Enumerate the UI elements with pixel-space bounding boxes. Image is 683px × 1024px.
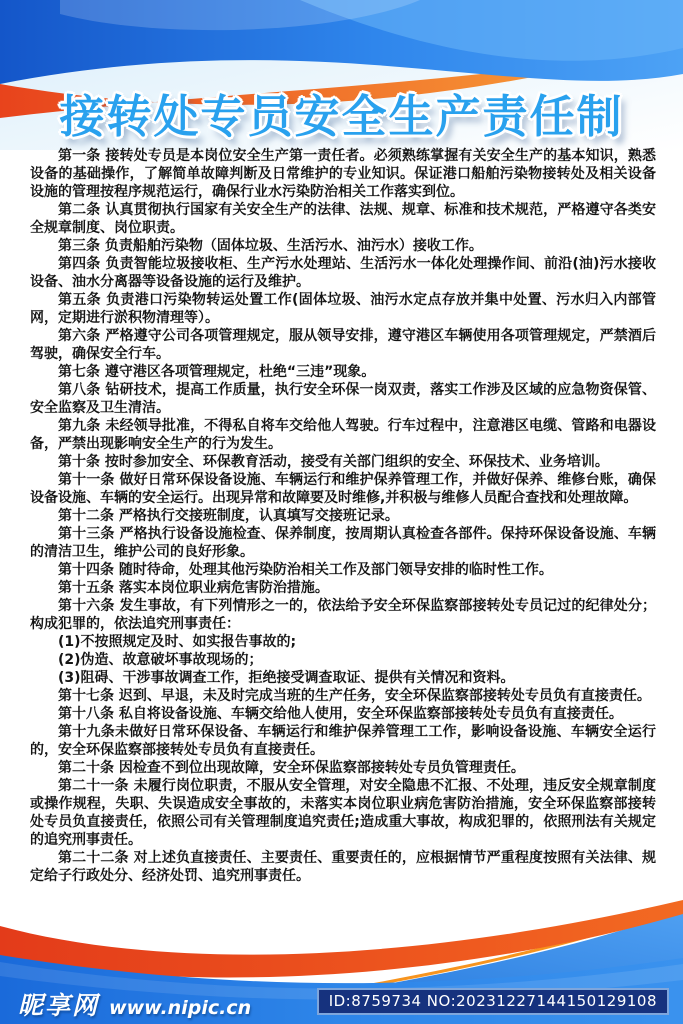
article-paragraph: 第五条 负责港口污染物转运处置工作(固体垃圾、油污水定点存放并集中处置、污水归入… xyxy=(30,291,656,327)
article-paragraph: 第二十一条 未履行岗位职责，不服从安全管理，对安全隐患不汇报、不处理，违反安全规… xyxy=(30,777,656,849)
article-paragraph: 第二十条 因检查不到位出现故障，安全环保监察部接转处专员负管理责任。 xyxy=(30,759,656,777)
article-subitem: (1)不按照规定及时、如实报告事故的; xyxy=(30,633,656,651)
article-paragraph: 第二条 认真贯彻执行国家有关安全生产的法律、法规、规章、标准和技术规范，严格遵守… xyxy=(30,201,656,237)
article-paragraph: 第十一条 做好日常环保设备设施、车辆运行和维护保养管理工作，并做好保养、维修台账… xyxy=(30,471,656,507)
image-id-badge: ID:8759734 NO:20231227144150129108 xyxy=(317,988,669,1015)
poster: 接转处专员安全生产责任制 第一条 接转处专员是本岗位安全生产第一责任者。必须熟练… xyxy=(0,0,683,1024)
article-paragraph: 第四条 负责智能垃圾接收柜、生产污水处理站、生活污水一体化处理操作间、前沿(油)… xyxy=(30,255,656,291)
article-paragraph: 第七条 遵守港区各项管理规定，杜绝“三违”现象。 xyxy=(30,363,656,381)
article-paragraph: 第六条 严格遵守公司各项管理规定，服从领导安排，遵守港区车辆使用各项管理规定，严… xyxy=(30,327,656,363)
poster-title: 接转处专员安全生产责任制 xyxy=(0,80,683,145)
article-paragraph: 第十五条 落实本岗位职业病危害防治措施。 xyxy=(30,579,656,597)
site-url: www.nipic.cn xyxy=(109,997,251,1019)
watermark-logo: 昵享网 www.nipic.cn xyxy=(18,986,251,1022)
article-paragraph: 第八条 钻研技术，提高工作质量，执行安全环保一岗双责，落实工作涉及区域的应急物资… xyxy=(30,381,656,417)
article-paragraph: 第九条 未经领导批准，不得私自将车交给他人驾驶。行车过程中，注意港区电缆、管路和… xyxy=(30,417,656,453)
article-subitem: (2)伪造、故意破坏事故现场的； xyxy=(30,651,656,669)
article-paragraph: 第十七条 迟到、早退，未及时完成当班的生产任务，安全环保监察部接转处专员负有直接… xyxy=(30,687,656,705)
article-paragraph: 第三条 负责船舶污染物（固体垃圾、生活污水、油污水）接收工作。 xyxy=(30,237,656,255)
article-paragraph: 第十四条 随时待命，处理其他污染防治相关工作及部门领导安排的临时性工作。 xyxy=(30,561,656,579)
article-paragraph: 第二十二条 对上述负直接责任、主要责任、重要责任的，应根据情节严重程度按照有关法… xyxy=(30,849,656,885)
site-name: 昵享网 xyxy=(18,986,99,1022)
article-paragraph: 第十二条 严格执行交接班制度，认真填写交接班记录。 xyxy=(30,507,656,525)
article-paragraph: 第十六条 发生事故，有下列情形之一的，依法给予安全环保监察部接转处专员记过的纪律… xyxy=(30,597,656,633)
article-subitem: (3)阻碍、干涉事故调查工作，拒绝接受调查取证、提供有关情况和资料。 xyxy=(30,669,656,687)
article-paragraph: 第十八条 私自将设备设施、车辆交给他人使用，安全环保监察部接转处专员负有直接责任… xyxy=(30,705,656,723)
article-paragraph: 第一条 接转处专员是本岗位安全生产第一责任者。必须熟练掌握有关安全生产的基本知识… xyxy=(30,147,656,201)
article-paragraph: 第十条 按时参加安全、环保教育活动，接受有关部门组织的安全、环保技术、业务培训。 xyxy=(30,453,656,471)
article-paragraph: 第十九条未做好日常环保设备、车辆运行和维护保养管理工工作，影响设备设施、车辆安全… xyxy=(30,723,656,759)
articles-section: 第一条 接转处专员是本岗位安全生产第一责任者。必须熟练掌握有关安全生产的基本知识… xyxy=(30,147,656,885)
article-paragraph: 第十三条 严格执行设备设施检查、保养制度，按周期认真检查各部件。保持环保设备设施… xyxy=(30,525,656,561)
